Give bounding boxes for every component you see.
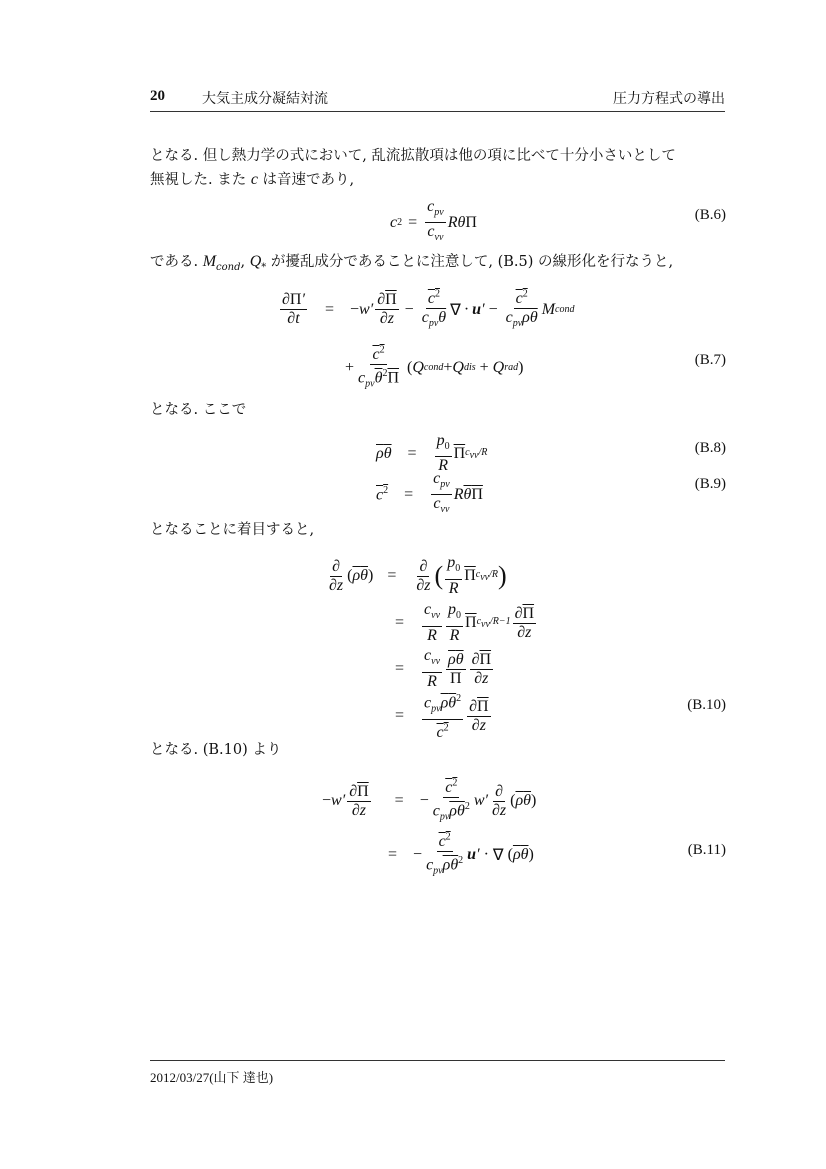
equation-label: (B.11) [688, 842, 726, 859]
equation-label: (B.9) [695, 476, 726, 493]
equation-b10: ∂∂z (ρθ) = ∂∂z ( p0R Πcvv/R ) = cvvR p0R… [325, 552, 725, 740]
text: 無視した. また [150, 172, 251, 188]
fraction: cpvcvv [425, 198, 446, 247]
paragraph-2: である. Mcond, Q* が擾乱成分であることに注意して, (B.5) の線… [150, 250, 730, 280]
paragraph-line: となる. 但し熱力学の式において, 乱流拡散項は他の項に比べて十分小さいとして [150, 144, 730, 168]
equation-b7-line2: + c2cpvθ2Π (Qcond+Qdis+Qrad) [345, 342, 523, 394]
equation-label: (B.8) [695, 440, 726, 457]
equation-label: (B.7) [695, 352, 726, 369]
equation-label: (B.10) [687, 697, 726, 714]
section-title: 圧力方程式の導出 [613, 88, 725, 108]
equation-b7-line1: ∂Π′∂t = −w′ ∂Π∂z − c2cpvθ ∇·u′ − c2cpvρθ… [278, 286, 574, 334]
footer-rule [150, 1060, 725, 1061]
text: は音速であり, [258, 172, 354, 188]
paragraph-5: となる. (B.10) より [150, 738, 730, 762]
paragraph-1: となる. 但し熱力学の式において, 乱流拡散項は他の項に比べて十分小さいとして … [150, 144, 730, 192]
paragraph-4: となることに着目すると, [150, 518, 730, 542]
header-rule [150, 111, 725, 112]
page-number: 20 [150, 88, 165, 105]
paragraph-line: 無視した. また c は音速であり, [150, 168, 730, 192]
variable-c: c [251, 171, 258, 188]
paragraph-3: となる. ここで [150, 398, 730, 422]
running-header: 20 大気主成分凝結対流 圧力方程式の導出 [150, 88, 725, 110]
equation-b9: c2 = cpvcvv RθΠ [376, 470, 483, 519]
equation-label: (B.6) [695, 207, 726, 224]
equation-b11: −w′ ∂Π∂z = − c2cpvρθ2 w′ ∂∂z (ρθ) = − c2… [322, 774, 722, 882]
equation-b8: ρθ = p0R Πcvv/R [376, 432, 487, 475]
chapter-title: 大気主成分凝結対流 [202, 88, 328, 108]
footer-text: 2012/03/27(山下 達也) [150, 1067, 273, 1086]
equation-b6: c2 = cpvcvv RθΠ [390, 198, 477, 247]
